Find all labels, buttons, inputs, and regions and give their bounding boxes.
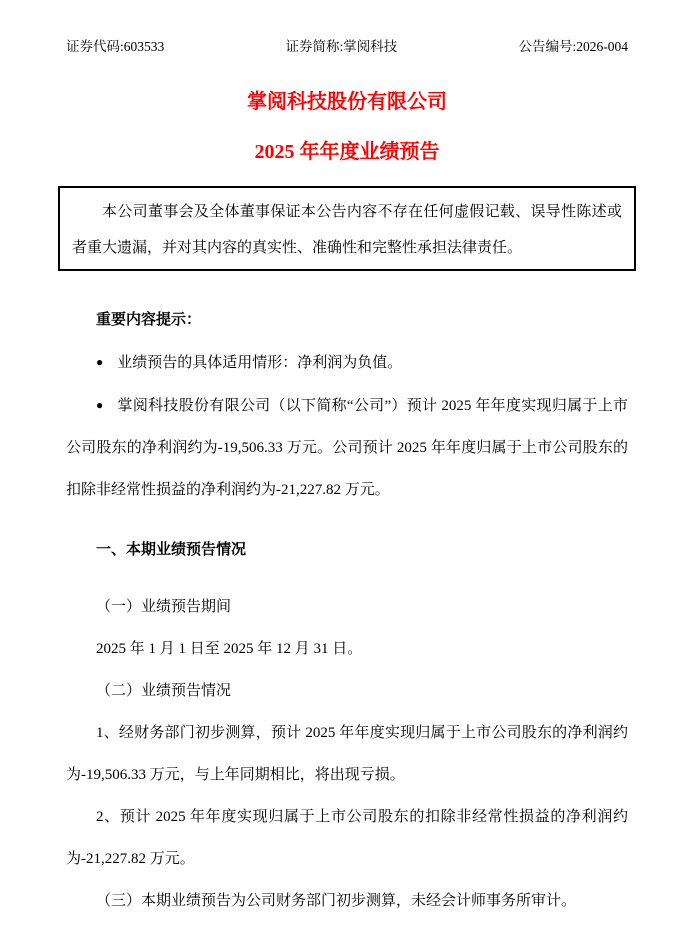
- notice-bullet-1: ●业绩预告的具体适用情形：净利润为负值。: [66, 341, 628, 384]
- doc-header: 证券代码:603533 证券简称:掌阅科技 公告编号:2026-004: [66, 38, 628, 56]
- notice-bullet-2: ●掌阅科技股份有限公司（以下简称“公司”）预计 2025 年年度实现归属于上市公…: [66, 384, 628, 511]
- company-title: 掌阅科技股份有限公司: [66, 89, 628, 115]
- important-notice-heading: 重要内容提示：: [66, 299, 628, 341]
- section-1-2-item-2: 2、预计 2025 年年度实现归属于上市公司股东的扣除非经常性损益的净利润约为-…: [66, 796, 628, 880]
- section-1-3-heading: （三）本期业绩预告为公司财务部门初步测算，未经会计师事务所审计。: [66, 880, 628, 922]
- announcement-number: 公告编号:2026-004: [519, 38, 629, 56]
- stock-name: 证券简称:掌阅科技: [286, 38, 398, 56]
- section-1-2-heading: （二）业绩预告情况: [66, 670, 628, 712]
- notice-bullet-2-text: 掌阅科技股份有限公司（以下简称“公司”）预计 2025 年年度实现归属于上市公司…: [66, 398, 628, 498]
- announcement-title: 2025 年年度业绩预告: [66, 139, 628, 165]
- section-1-2-item-1: 1、经财务部门初步测算，预计 2025 年年度实现归属于上市公司股东的净利润约为…: [66, 712, 628, 796]
- stock-code: 证券代码:603533: [66, 38, 164, 56]
- section-1-heading: 一、本期业绩预告情况: [66, 529, 628, 571]
- notice-bullet-1-text: 业绩预告的具体适用情形：净利润为负值。: [117, 355, 402, 371]
- bullet-icon: ●: [96, 355, 103, 369]
- bullet-icon: ●: [96, 398, 104, 412]
- announcement-page: 证券代码:603533 证券简称:掌阅科技 公告编号:2026-004 掌阅科技…: [0, 0, 694, 927]
- section-1-1-body: 2025 年 1 月 1 日至 2025 年 12 月 31 日。: [66, 628, 628, 670]
- section-1-1-heading: （一）业绩预告期间: [66, 586, 628, 628]
- disclaimer-box: 本公司董事会及全体董事保证本公告内容不存在任何虚假记载、误导性陈述或者重大遗漏，…: [58, 186, 636, 271]
- disclaimer-text: 本公司董事会及全体董事保证本公告内容不存在任何虚假记载、误导性陈述或者重大遗漏，…: [72, 194, 622, 266]
